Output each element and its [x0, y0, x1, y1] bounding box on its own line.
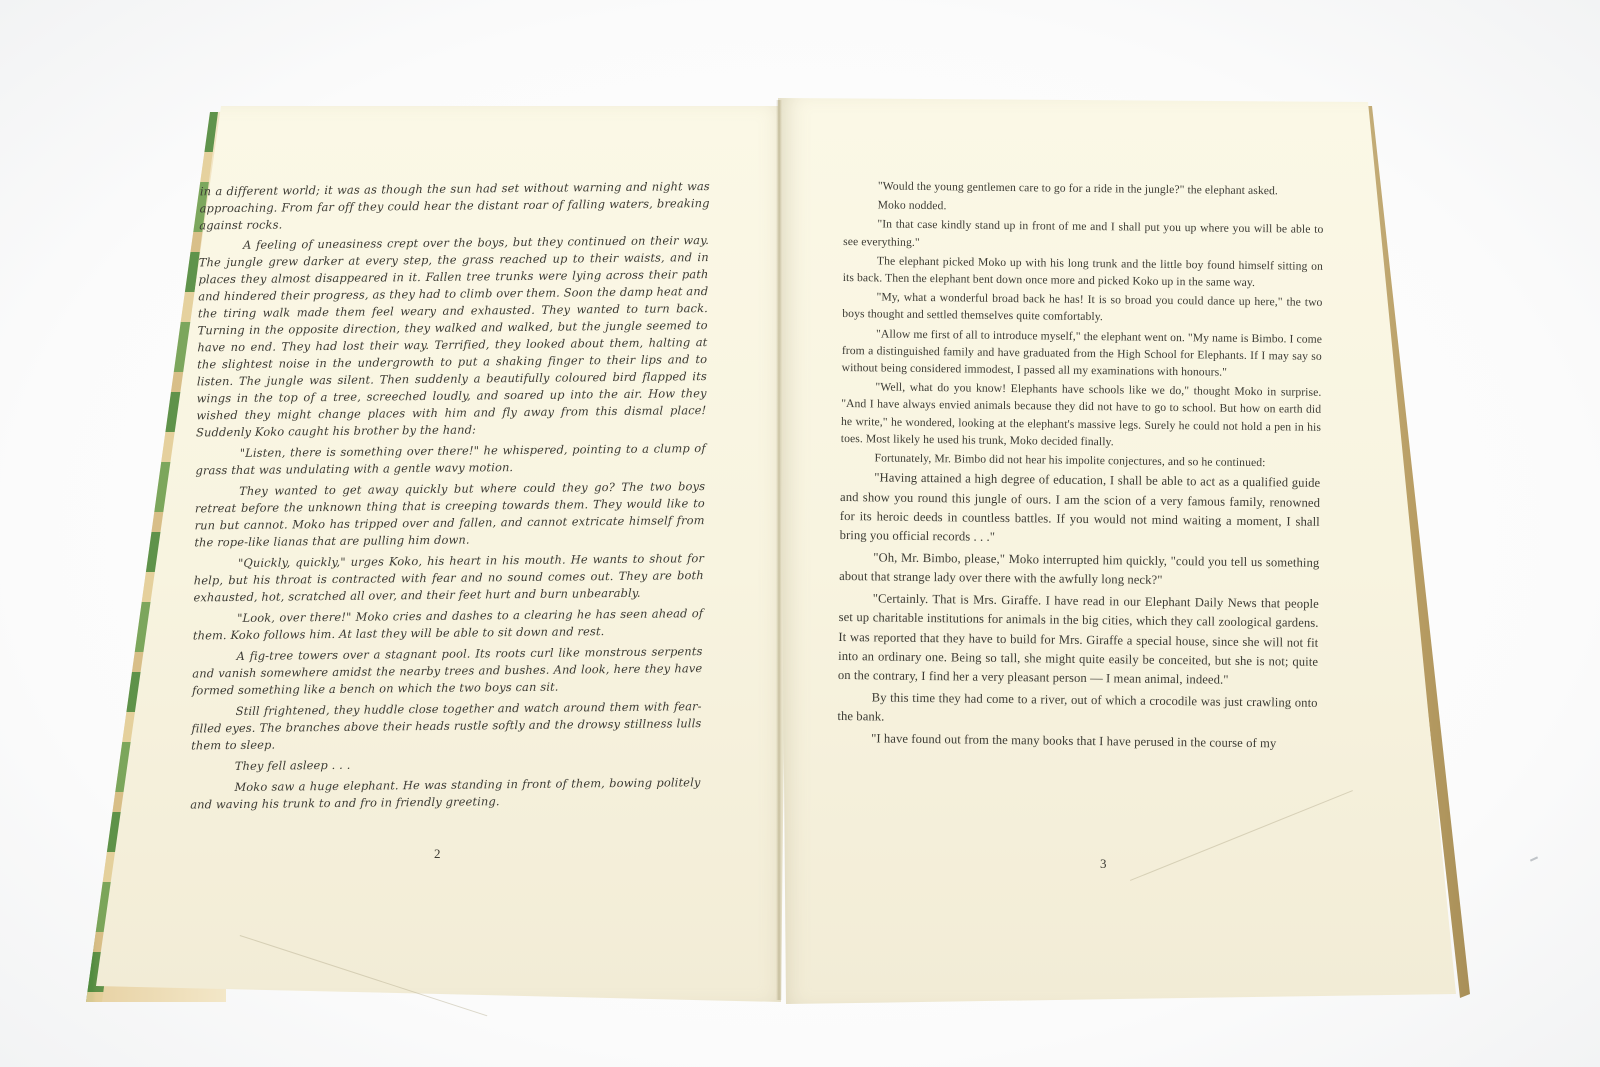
paragraph: "Look, over there!" Moko cries and dashe…: [193, 605, 704, 644]
left-page-text: in a different world; it was as though t…: [190, 178, 710, 816]
paragraph: "Quickly, quickly," urges Koko, his hear…: [193, 550, 704, 606]
paragraph: The elephant picked Moko up with his lon…: [843, 252, 1323, 292]
page-number-left: 2: [434, 846, 441, 862]
photo-scene: in a different world; it was as though t…: [0, 0, 1600, 1067]
paragraph: in a different world; it was as though t…: [199, 178, 710, 234]
paragraph: "In that case kindly stand up in front o…: [843, 215, 1323, 255]
right-page-text: "Would the young gentlemen care to go fo…: [837, 177, 1324, 756]
dust-speck: [1530, 856, 1538, 861]
paragraph: "Well, what do you know! Elephants have …: [841, 378, 1322, 453]
right-page-lower-text: "Having attained a high degree of educat…: [837, 468, 1320, 754]
paragraph: "Allow me first of all to introduce myse…: [842, 325, 1323, 382]
paragraph: "My, what a wonderful broad back he has!…: [842, 288, 1322, 328]
paragraph: "Listen, there is something over there!"…: [195, 440, 706, 479]
paragraph: A feeling of uneasiness crept over the b…: [196, 232, 709, 441]
paragraph: By this time they had come to a river, o…: [837, 688, 1317, 733]
paragraph: They wanted to get away quickly but wher…: [194, 478, 705, 551]
paragraph: Still frightened, they huddle close toge…: [191, 698, 702, 754]
book-spine-gutter: [776, 100, 782, 1000]
paragraph: Moko saw a huge elephant. He was standin…: [190, 774, 701, 813]
page-number-right: 3: [1100, 856, 1107, 872]
paragraph: They fell asleep . . .: [191, 753, 701, 775]
paragraph: "I have found out from the many books th…: [837, 728, 1317, 753]
paragraph: "Certainly. That is Mrs. Giraffe. I have…: [838, 589, 1319, 692]
paragraph: "Oh, Mr. Bimbo, please," Moko interrupte…: [839, 548, 1319, 593]
paragraph: A fig-tree towers over a stagnant pool. …: [192, 643, 703, 699]
paragraph: "Having attained a high degree of educat…: [839, 468, 1320, 551]
